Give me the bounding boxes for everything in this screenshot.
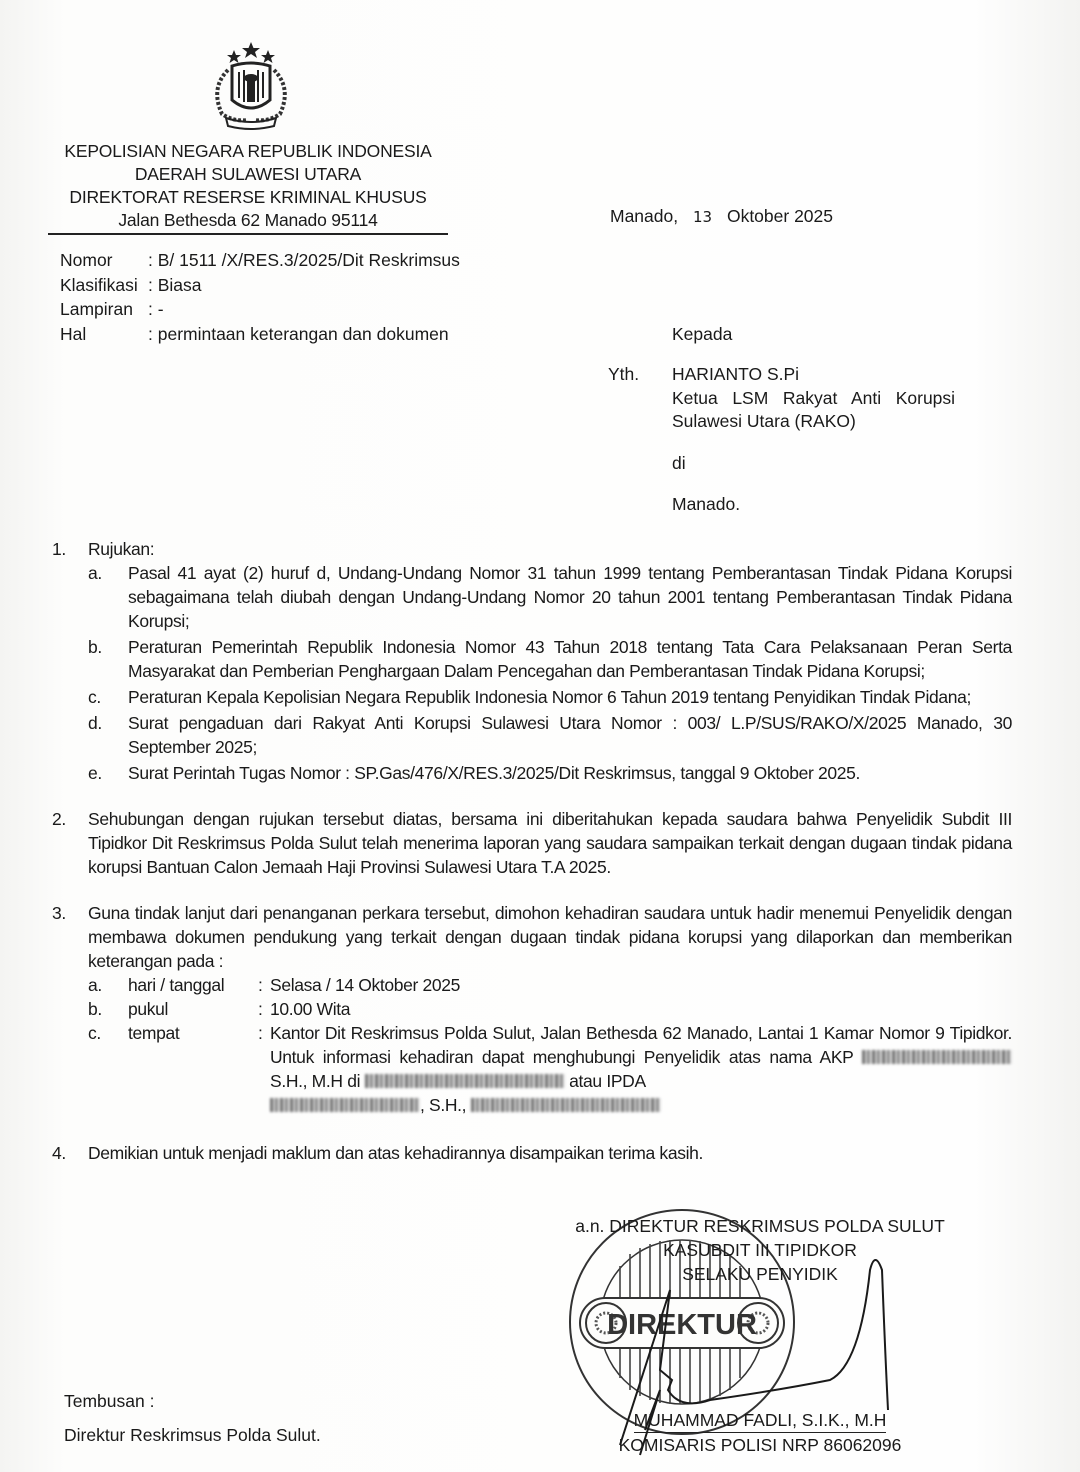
letter-meta: Nomor : B/ 1511 /X/RES.3/2025/Dit Reskri… bbox=[60, 248, 460, 346]
schedule-time: b. pukul : 10.00 Wita bbox=[88, 997, 1012, 1021]
sub-text: Pasal 41 ayat (2) huruf d, Undang-Undang… bbox=[128, 561, 1012, 633]
reference-b: b. Peraturan Pemerintah Republik Indones… bbox=[88, 635, 1012, 683]
meta-value: : Biasa bbox=[148, 273, 202, 298]
schedule-place: c. tempat : Kantor Dit Reskrimsus Polda … bbox=[88, 1021, 1012, 1117]
meta-value: : - bbox=[148, 297, 164, 322]
letter-page: KEPOLISIAN NEGARA REPUBLIK INDONESIA DAE… bbox=[0, 0, 1080, 1472]
date-place: Manado, bbox=[610, 206, 678, 226]
meta-row-nomor: Nomor : B/ 1511 /X/RES.3/2025/Dit Reskri… bbox=[60, 248, 460, 273]
sub-letter: c. bbox=[88, 685, 128, 709]
carbon-copy: Tembusan : Direktur Reskrimsus Polda Sul… bbox=[64, 1384, 321, 1452]
letterhead: KEPOLISIAN NEGARA REPUBLIK INDONESIA DAE… bbox=[58, 140, 438, 235]
schedule-value: Kantor Dit Reskrimsus Polda Sulut, Jalan… bbox=[270, 1021, 1012, 1117]
handwritten-signature-icon bbox=[600, 1230, 910, 1460]
schedule-value: Selasa / 14 Oktober 2025 bbox=[270, 973, 1012, 997]
meta-value: : B/ 1511 /X/RES.3/2025/Dit Reskrimsus bbox=[148, 248, 460, 273]
sub-letter: a. bbox=[88, 973, 128, 997]
recipient-organization: Sulawesi Utara (RAKO) bbox=[672, 411, 856, 432]
sub-text: Peraturan Pemerintah Republik Indonesia … bbox=[128, 635, 1012, 683]
redacted-name bbox=[270, 1098, 420, 1112]
redacted-phone bbox=[365, 1074, 565, 1088]
sub-letter: b. bbox=[88, 635, 128, 683]
org-line: DAERAH SULAWESI UTARA bbox=[58, 163, 438, 186]
recipient-di: di bbox=[672, 453, 686, 474]
point-number: 4. bbox=[52, 1141, 88, 1165]
date-month-year: Oktober 2025 bbox=[727, 206, 833, 226]
redacted-name bbox=[862, 1050, 1012, 1064]
meta-row-klasifikasi: Klasifikasi : Biasa bbox=[60, 273, 460, 298]
sub-letter: a. bbox=[88, 561, 128, 633]
reference-c: c. Peraturan Kepala Kepolisian Negara Re… bbox=[88, 685, 1012, 709]
recipient-yth: Yth. bbox=[608, 364, 639, 385]
point-3: 3. Guna tindak lanjut dari penanganan pe… bbox=[52, 901, 1012, 1117]
schedule-value: 10.00 Wita bbox=[270, 997, 1012, 1021]
sub-text: Surat pengaduan dari Rakyat Anti Korupsi… bbox=[128, 711, 1012, 759]
date-day: 13 bbox=[683, 208, 722, 226]
schedule-day: a. hari / tanggal : Selasa / 14 Oktober … bbox=[88, 973, 1012, 997]
recipient-position: Ketua LSM Rakyat Anti Korupsi bbox=[672, 388, 955, 409]
meta-label: Klasifikasi bbox=[60, 273, 148, 298]
org-line: DIREKTORAT RESERSE KRIMINAL KHUSUS bbox=[58, 186, 438, 209]
point-text: Rujukan: bbox=[88, 537, 1012, 561]
reference-d: d. Surat pengaduan dari Rakyat Anti Koru… bbox=[88, 711, 1012, 759]
schedule-key: pukul bbox=[128, 997, 258, 1021]
recipient-name: HARIANTO S.Pi bbox=[672, 364, 799, 385]
point-2: 2. Sehubungan dengan rujukan tersebut di… bbox=[52, 807, 1012, 879]
point-text: Demikian untuk menjadi maklum dan atas k… bbox=[88, 1141, 1012, 1165]
point-number: 3. bbox=[52, 901, 88, 1117]
meta-row-hal: Hal : permintaan keterangan dan dokumen bbox=[60, 322, 460, 347]
sub-text: Peraturan Kepala Kepolisian Negara Repub… bbox=[128, 685, 1012, 709]
recipient-city: Manado. bbox=[672, 494, 740, 515]
point-1: 1. Rujukan: a. Pasal 41 ayat (2) huruf d… bbox=[52, 537, 1012, 785]
polri-emblem-icon bbox=[192, 40, 310, 132]
sub-letter: d. bbox=[88, 711, 128, 759]
point-text: Guna tindak lanjut dari penanganan perka… bbox=[88, 901, 1012, 973]
sub-letter: e. bbox=[88, 761, 128, 785]
schedule-key: tempat bbox=[128, 1021, 258, 1117]
sub-letter: b. bbox=[88, 997, 128, 1021]
sub-letter: c. bbox=[88, 1021, 128, 1117]
point-text: Sehubungan dengan rujukan tersebut diata… bbox=[88, 807, 1012, 879]
meta-value: : permintaan keterangan dan dokumen bbox=[148, 322, 449, 347]
reference-a: a. Pasal 41 ayat (2) huruf d, Undang-Und… bbox=[88, 561, 1012, 633]
point-number: 1. bbox=[52, 537, 88, 785]
org-line: KEPOLISIAN NEGARA REPUBLIK INDONESIA bbox=[58, 140, 438, 163]
point-4: 4. Demikian untuk menjadi maklum dan ata… bbox=[52, 1141, 1012, 1165]
sub-text: Surat Perintah Tugas Nomor : SP.Gas/476/… bbox=[128, 761, 1012, 785]
meta-row-lampiran: Lampiran : - bbox=[60, 297, 460, 322]
meta-label: Nomor bbox=[60, 248, 148, 273]
recipient-kepada: Kepada bbox=[672, 324, 732, 345]
point-number: 2. bbox=[52, 807, 88, 879]
reference-e: e. Surat Perintah Tugas Nomor : SP.Gas/4… bbox=[88, 761, 1012, 785]
redacted-phone bbox=[471, 1098, 661, 1112]
carbon-copy-recipient: Direktur Reskrimsus Polda Sulut. bbox=[64, 1418, 321, 1452]
org-address: Jalan Bethesda 62 Manado 95114 bbox=[48, 209, 448, 235]
letter-date: Manado, 13 Oktober 2025 bbox=[610, 206, 833, 227]
schedule-key: hari / tanggal bbox=[128, 973, 258, 997]
meta-label: Lampiran bbox=[60, 297, 148, 322]
letter-body: 1. Rujukan: a. Pasal 41 ayat (2) huruf d… bbox=[52, 537, 1012, 1165]
carbon-copy-title: Tembusan : bbox=[64, 1384, 321, 1418]
meta-label: Hal bbox=[60, 322, 148, 347]
